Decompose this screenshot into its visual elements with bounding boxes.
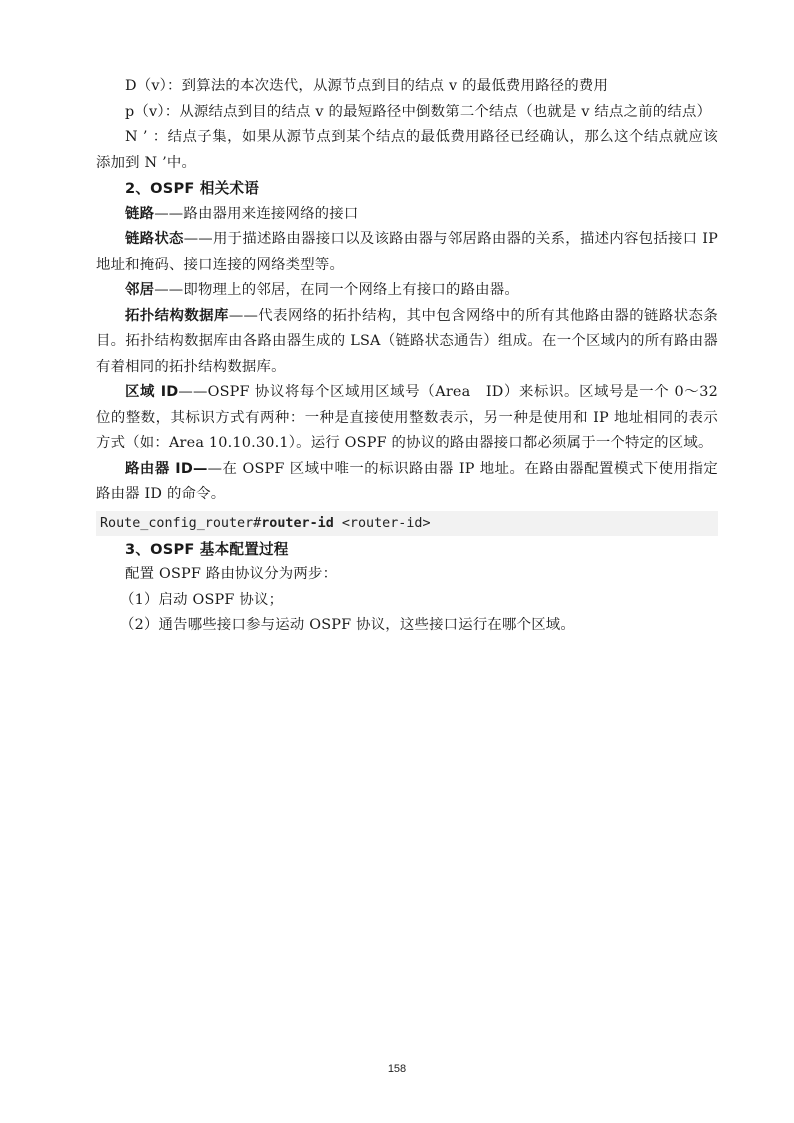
definition-pv: p（v）：从源结点到目的结点 v 的最短路径中倒数第二个结点（也就是 v 结点之… — [96, 100, 718, 126]
term-description: ——OSPF 协议将每个区域用区域号（Area ID）来标识。区域号是一个 0～… — [96, 384, 718, 451]
code-block-router-id: Route_config_router#router-id <router-id… — [96, 511, 718, 536]
document-page: D（v）：到算法的本次迭代，从源节点到目的结点 v 的最低费用路径的费用 p（v… — [96, 74, 718, 639]
term-label: 路由器 ID— — [125, 461, 208, 477]
term-label: 区域 ID — [125, 384, 178, 400]
term-area-id: 区域 ID——OSPF 协议将每个区域用区域号（Area ID）来标识。区域号是… — [96, 380, 718, 457]
term-label: 邻居 — [125, 282, 154, 298]
definition-n-prime: N ’ ：结点子集，如果从源节点到某个结点的最低费用路径已经确认，那么这个结点就… — [96, 125, 718, 176]
code-command: router-id — [261, 516, 334, 531]
term-label: 链路 — [125, 206, 154, 222]
code-prompt: Route_config_router# — [100, 516, 261, 531]
config-step-2: （2）通告哪些接口参与运动 OSPF 协议，这些接口运行在哪个区域。 — [96, 613, 718, 639]
term-description: ——路由器用来连接网络的接口 — [154, 206, 358, 222]
config-step-1: （1）启动 OSPF 协议； — [96, 588, 718, 614]
term-description: ——用于描述路由器接口以及该路由器与邻居路由器的关系，描述内容包括接口 IP 地… — [96, 231, 718, 273]
term-label: 拓扑结构数据库 — [125, 308, 229, 324]
term-link-state: 链路状态——用于描述路由器接口以及该路由器与邻居路由器的关系，描述内容包括接口 … — [96, 227, 718, 278]
section-heading-ospf-terms: 2、OSPF 相关术语 — [96, 176, 718, 202]
definition-dv: D（v）：到算法的本次迭代，从源节点到目的结点 v 的最低费用路径的费用 — [96, 74, 718, 100]
term-neighbor: 邻居——即物理上的邻居，在同一个网络上有接口的路由器。 — [96, 278, 718, 304]
config-intro: 配置 OSPF 路由协议分为两步： — [96, 562, 718, 588]
code-argument: <router-id> — [334, 516, 431, 531]
section-heading-ospf-config: 3、OSPF 基本配置过程 — [96, 537, 718, 563]
term-link: 链路——路由器用来连接网络的接口 — [96, 202, 718, 228]
page-number: 158 — [0, 1063, 794, 1075]
term-label: 链路状态 — [125, 231, 184, 247]
term-router-id: 路由器 ID——在 OSPF 区域中唯一的标识路由器 IP 地址。在路由器配置模… — [96, 457, 718, 508]
term-topology-database: 拓扑结构数据库——代表网络的拓扑结构，其中包含网络中的所有其他路由器的链路状态条… — [96, 304, 718, 381]
term-description: ——即物理上的邻居，在同一个网络上有接口的路由器。 — [154, 282, 519, 298]
